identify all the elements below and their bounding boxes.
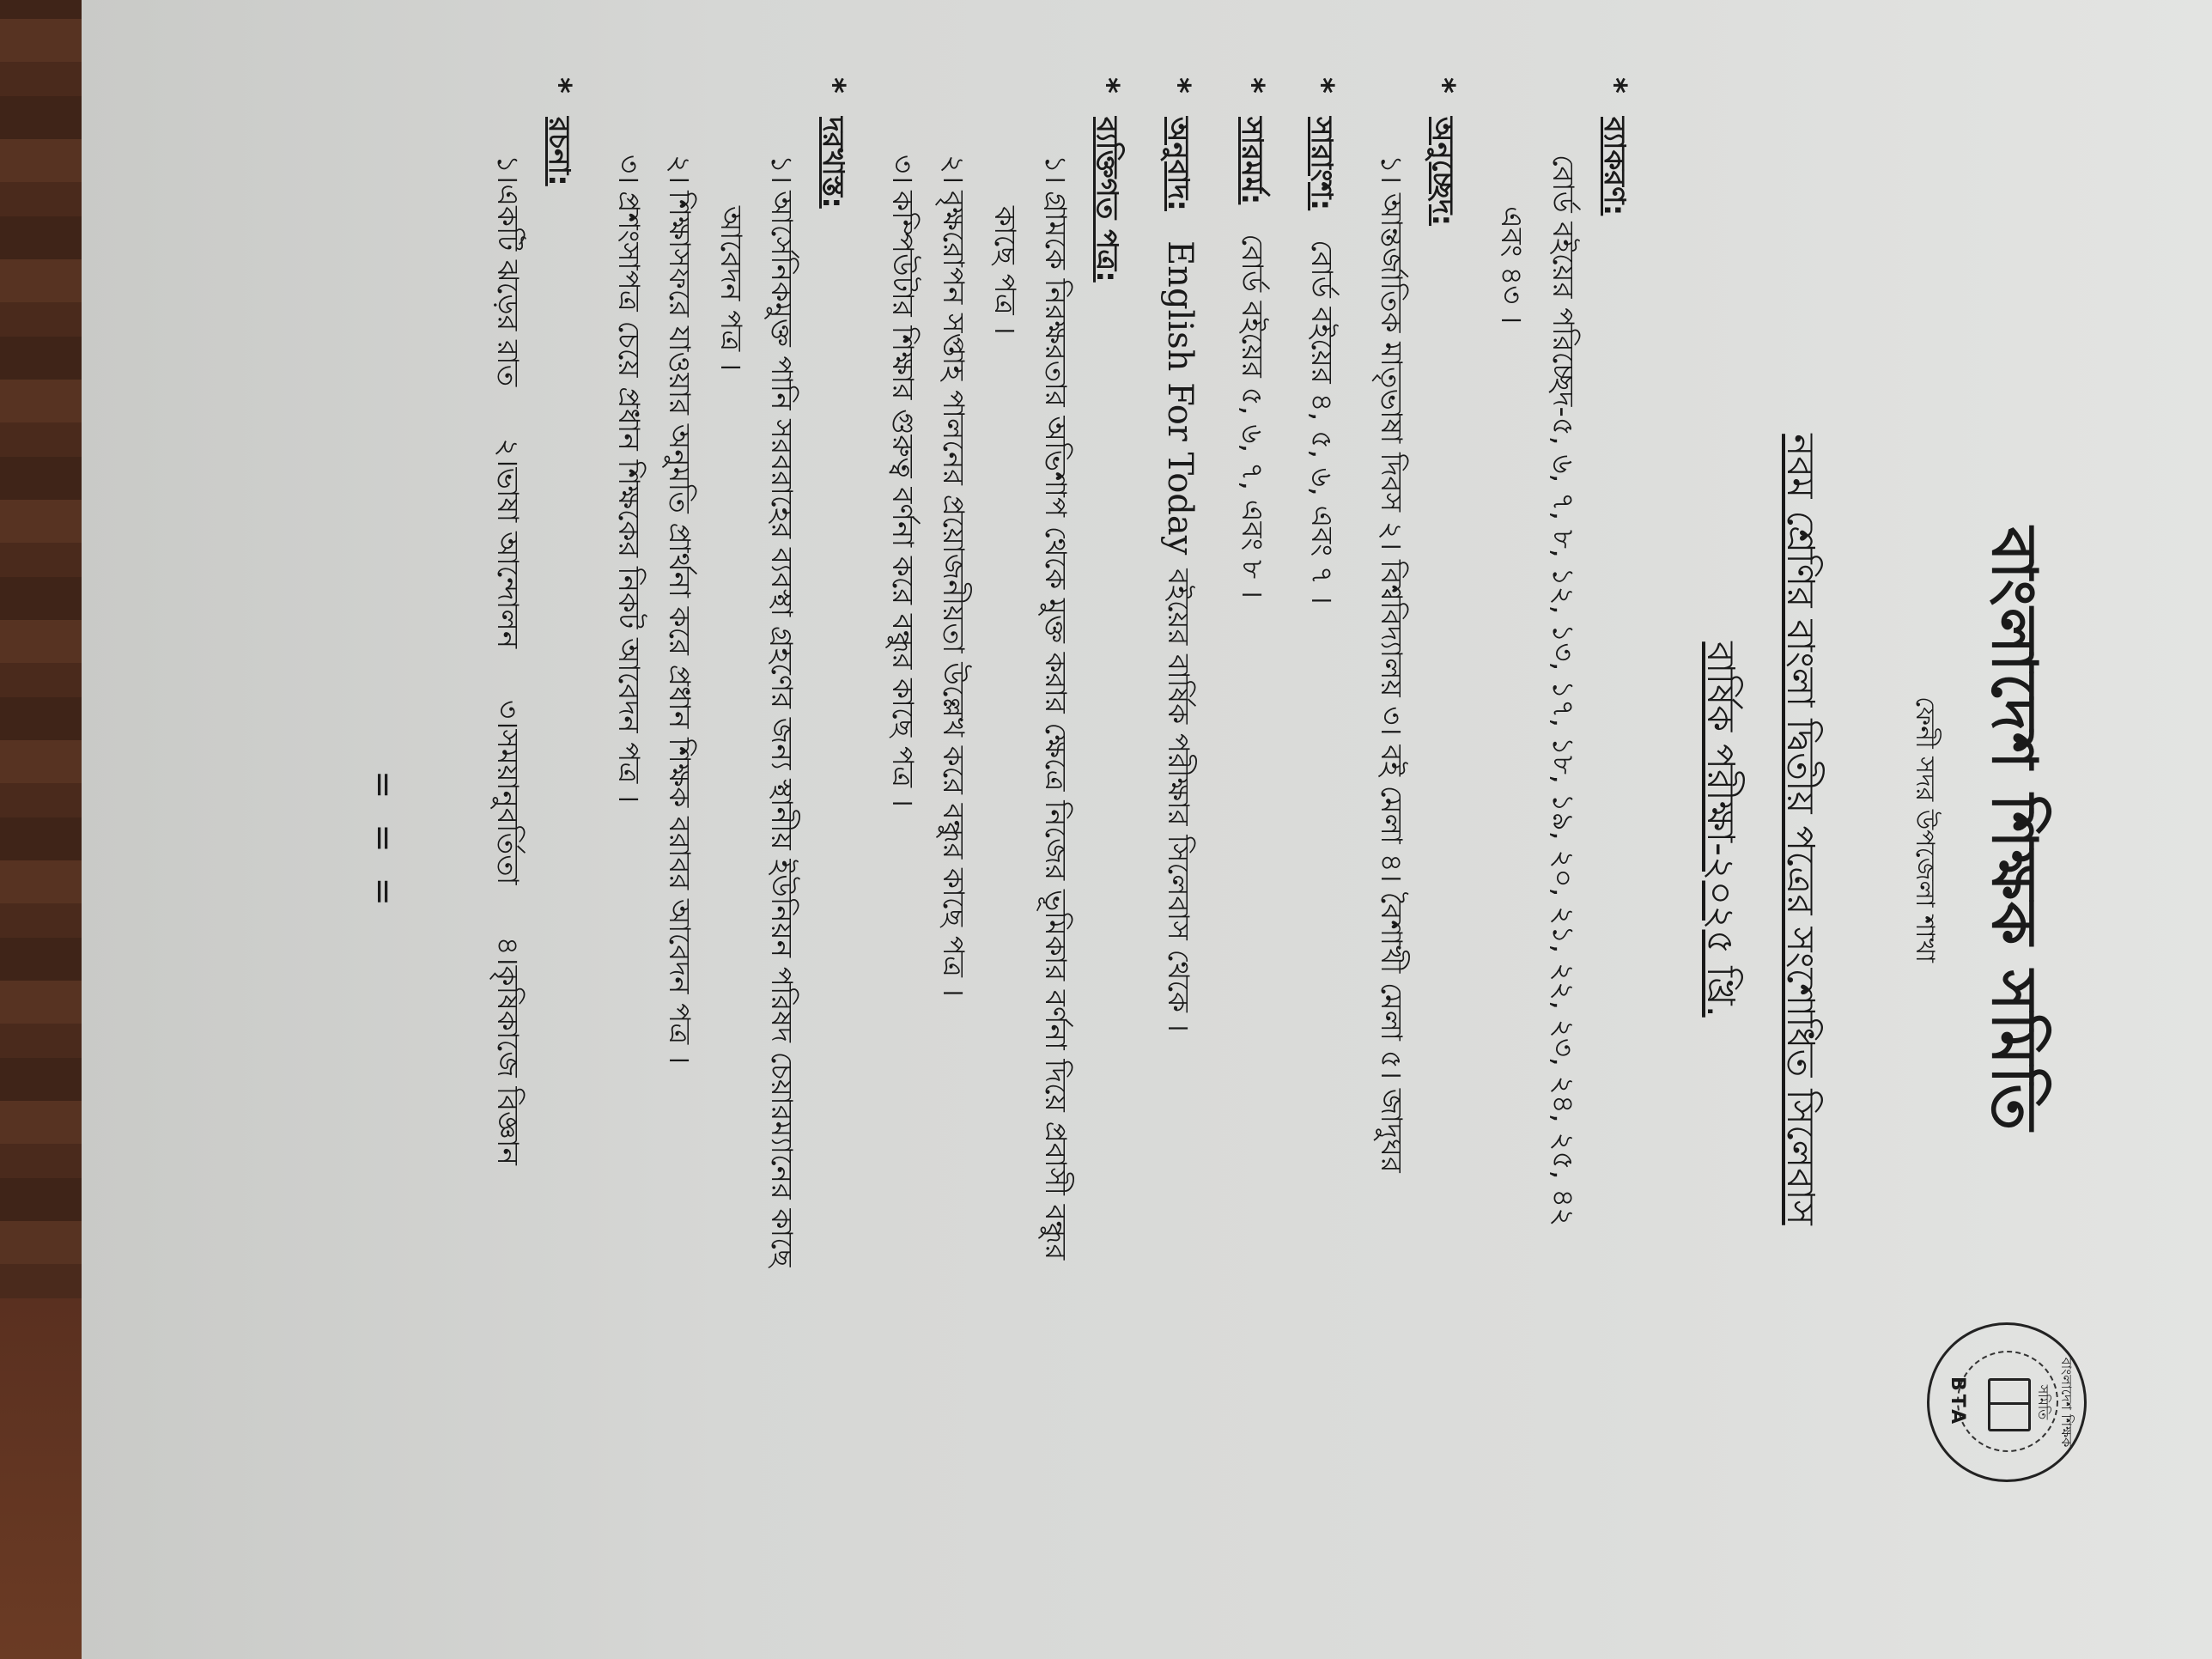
exam-name: বার্ষিক পরীক্ষা-২০২৫ খ্রি. (1686, 0, 1749, 1659)
item-number: ২। (491, 438, 526, 467)
syllabus-document: বাংলাদেশ শিক্ষক সমিতি BTA বাংলাদেশ শিক্ষ… (146, 0, 2207, 1659)
item-text-cont: আবেদন পত্র । (705, 77, 757, 1606)
bullet-star-icon: * (1081, 77, 1135, 103)
grammar-chapters-cont: এবং ৪৩ । (1486, 77, 1537, 1606)
section-summary: *সারাংশ:বোর্ড বইয়ের ৪, ৫, ৬, এবং ৭ । (1296, 77, 1350, 1606)
item-text: শিক্ষাসফরে যাওয়ার অনুমতি প্রার্থনা করে … (663, 191, 697, 1064)
list-item: ৩।প্রশংসাপত্র চেয়ে প্রধান শিক্ষকের নিকট… (603, 77, 654, 1606)
list-item: ২।শিক্ষাসফরে যাওয়ার অনুমতি প্রার্থনা কর… (653, 77, 705, 1606)
bullet-star-icon: * (807, 77, 861, 103)
section-gist: *সারমর্ম:বোর্ড বইয়ের ৫, ৬, ৭, এবং ৮ । (1226, 77, 1280, 1606)
essay-list: ১।একটি ঝড়ের রাত ২।ভাষা আন্দোলন ৩।সময়ান… (482, 77, 533, 1606)
item-text: আর্সেনিকমুক্ত পানি সরবরাহের ব্যবস্থা গ্র… (765, 191, 799, 1267)
summary-text: বোর্ড বইয়ের ৪, ৫, ৬, এবং ৭ । (1296, 240, 1347, 605)
organization-title: বাংলাদেশ শিক্ষক সমিতি (1958, 0, 2061, 1659)
item-text: কম্পিউটার শিক্ষার গুরুত্ব বর্ণনা করে বন্… (885, 191, 920, 807)
section-grammar: *ব্যাকরণ: বোর্ড বইয়ের পরিচ্ছেদ-৫, ৬, ৭,… (1486, 77, 1642, 1606)
item-text: বৃক্ষরোপন সপ্তাহ পালনের প্রয়োজনীয়তা উল… (937, 191, 971, 997)
item-text: একটি ঝড়ের রাত (491, 184, 526, 386)
list-item: ৪।কৃষিকাজে বিজ্ঞান (482, 937, 533, 1165)
item-text: গ্রামকে নিরক্ষরতার অভিশাপ থেকে মুক্ত করা… (1039, 191, 1073, 1260)
list-item: ১।গ্রামকে নিরক্ষরতার অভিশাপ থেকে মুক্ত ক… (1030, 77, 1081, 1606)
item-number: ২। (937, 155, 971, 184)
bullet-star-icon: * (1226, 77, 1280, 103)
bullet-star-icon: * (1588, 77, 1642, 103)
translation-text: বইয়ের বার্ষিক পরীক্ষার সিলেবাস থেকে । (1152, 568, 1204, 1032)
end-mark: = = = (353, 77, 413, 1606)
section-essays: *রচনা: ১।একটি ঝড়ের রাত ২।ভাষা আন্দোলন ৩… (482, 77, 587, 1606)
syllabus-body: *ব্যাকরণ: বোর্ড বইয়ের পরিচ্ছেদ-৫, ৬, ৭,… (353, 77, 1657, 1606)
section-label: দরখাস্ত: (807, 117, 859, 209)
bullet-star-icon: * (1416, 77, 1470, 103)
list-item: ৩।কম্পিউটার শিক্ষার গুরুত্ব বর্ণনা করে ব… (877, 77, 928, 1606)
section-paragraph: *অনুচ্ছেদ: ১। আন্তর্জাতিক মাতৃভাষা দিবস … (1365, 77, 1471, 1606)
item-number: ১। (1039, 155, 1073, 184)
list-item: ১।আর্সেনিকমুক্ত পানি সরবরাহের ব্যবস্থা গ… (756, 77, 807, 1606)
section-translation: *অনুবাদ:English For Todayবইয়ের বার্ষিক … (1151, 77, 1211, 1606)
list-item: ২।বৃক্ষরোপন সপ্তাহ পালনের প্রয়োজনীয়তা … (927, 77, 979, 1606)
item-number: ১। (491, 155, 526, 184)
item-text: কৃষিকাজে বিজ্ঞান (491, 966, 526, 1165)
list-item: ২।ভাষা আন্দোলন (482, 438, 533, 648)
organization-branch: ফেনী সদর উপজেলা শাখা (1902, 0, 1946, 1659)
item-number: ২। (663, 155, 697, 184)
section-label: অনুবাদ: (1152, 117, 1204, 211)
section-personal-letters: *ব্যক্তিগত পত্র: ১।গ্রামকে নিরক্ষরতার অভ… (877, 77, 1135, 1606)
translation-book: English For Today (1151, 240, 1211, 555)
section-label: সারাংশ: (1296, 117, 1347, 210)
grammar-chapters: বোর্ড বইয়ের পরিচ্ছেদ-৫, ৬, ৭, ৮, ১২, ১৩… (1537, 77, 1589, 1606)
bullet-star-icon: * (533, 77, 587, 103)
section-label: ব্যাকরণ: (1589, 117, 1640, 216)
document-header: বাংলাদেশ শিক্ষক সমিতি ফেনী সদর উপজেলা শা… (1902, 0, 2061, 1659)
gist-text: বোর্ড বইয়ের ৫, ৬, ৭, এবং ৮ । (1226, 234, 1278, 599)
item-number: ৩। (491, 700, 526, 729)
item-text-cont: কাছে পত্র । (979, 77, 1030, 1606)
bullet-star-icon: * (1296, 77, 1350, 103)
section-applications: *দরখাস্ত: ১।আর্সেনিকমুক্ত পানি সরবরাহের … (603, 77, 861, 1606)
item-text: ভাষা আন্দোলন (491, 467, 526, 648)
item-text: সময়ানুবর্তিতা (491, 729, 526, 884)
item-number: ৩। (885, 155, 920, 184)
section-label: অনুচ্ছেদ: (1417, 117, 1468, 226)
list-item: ৩।সময়ানুবর্তিতা (482, 700, 533, 884)
syllabus-title: নবম শ্রেণির বাংলা দ্বিতীয় পত্রের সংশোধি… (1766, 0, 1829, 1659)
syllabus-title-block: নবম শ্রেণির বাংলা দ্বিতীয় পত্রের সংশোধি… (1686, 0, 1829, 1659)
item-number: ৩। (611, 155, 646, 184)
section-label: রচনা: (533, 117, 585, 186)
paragraph-topics: ১। আন্তর্জাতিক মাতৃভাষা দিবস ২। বিশ্ববিদ… (1365, 77, 1417, 1606)
bullet-star-icon: * (1152, 77, 1206, 103)
section-label: ব্যক্তিগত পত্র: (1081, 117, 1133, 283)
list-item: ১।একটি ঝড়ের রাত (482, 155, 533, 386)
item-number: ১। (765, 155, 799, 184)
item-number: ৪। (491, 937, 526, 966)
section-label: সারমর্ম: (1226, 117, 1278, 204)
item-text: প্রশংসাপত্র চেয়ে প্রধান শিক্ষকের নিকট আ… (611, 191, 646, 803)
